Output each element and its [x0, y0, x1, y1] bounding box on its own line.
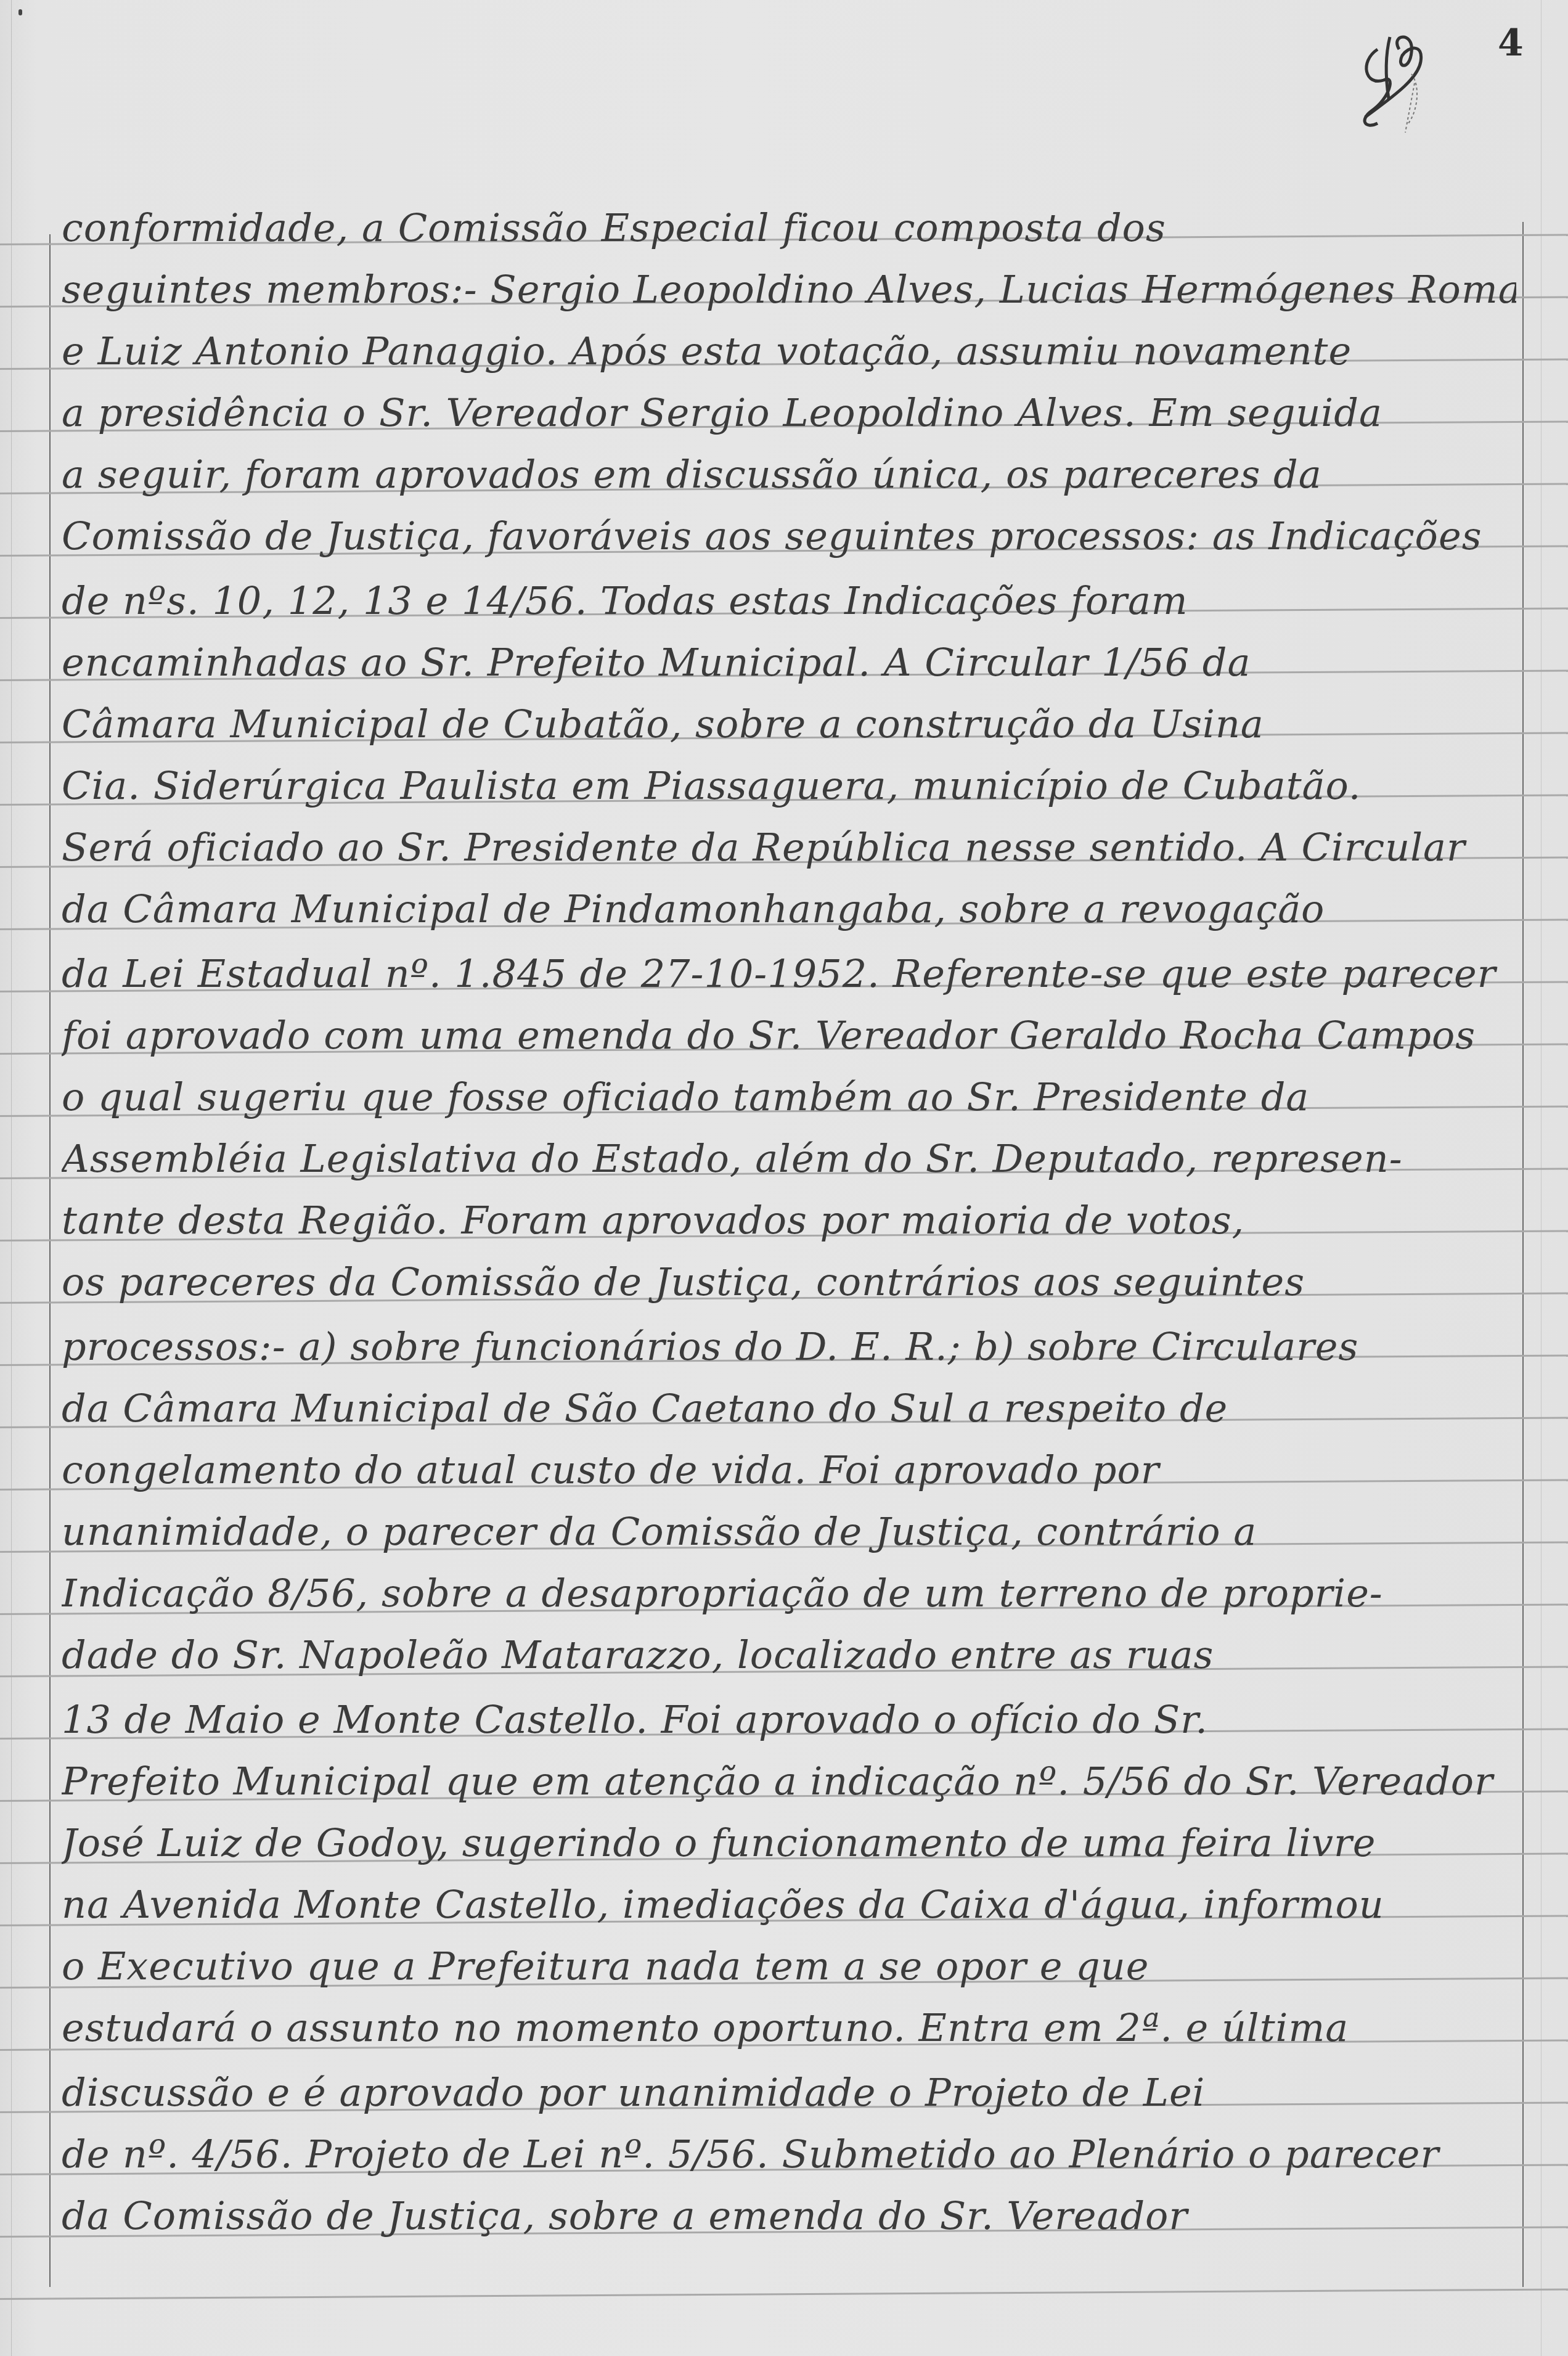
text-line: a presidência o Sr. Vereador Sergio Leop… [62, 388, 1516, 438]
text-line: Prefeito Municipal que em atenção a indi… [62, 1757, 1516, 1806]
left-margin-rule [49, 234, 51, 2287]
text-line: Câmara Municipal de Cubatão, sobre a con… [62, 700, 1516, 749]
text-line: seguintes membros:- Sergio Leopoldino Al… [62, 265, 1516, 314]
text-line: José Luiz de Godoy, sugerindo o funciona… [62, 1818, 1516, 1868]
text-line: dade do Sr. Napoleão Matarazzo, localiza… [62, 1630, 1516, 1680]
text-line: e Luiz Antonio Panaggio. Após esta votaç… [62, 327, 1516, 376]
text-line: discussão e é aprovado por unanimidade o… [62, 2068, 1516, 2117]
text-line: de nºs. 10, 12, 13 e 14/56. Todas estas … [62, 576, 1516, 626]
initials-signature-icon [1353, 25, 1433, 148]
text-line: 13 de Maio e Monte Castello. Foi aprovad… [62, 1695, 1516, 1745]
text-line: a seguir, foram aprovados em discussão ú… [62, 450, 1516, 499]
ruled-line [0, 2288, 1568, 2300]
text-line: foi aprovado com uma emenda do Sr. Verea… [62, 1011, 1516, 1060]
text-line: tante desta Região. Foram aprovados por … [62, 1196, 1516, 1245]
text-line: processos:- a) sobre funcionários do D. … [62, 1322, 1516, 1372]
text-line: estudará o assunto no momento oportuno. … [62, 2003, 1516, 2053]
text-line: Assembléia Legislativa do Estado, além d… [62, 1134, 1516, 1184]
ink-speck [18, 9, 22, 15]
text-line: unanimidade, o parecer da Comissão de Ju… [62, 1507, 1516, 1556]
text-line: na Avenida Monte Castello, imediações da… [62, 1880, 1516, 1929]
text-line: o qual sugeriu que fosse oficiado também… [62, 1073, 1516, 1122]
text-line: o Executivo que a Prefeitura nada tem a … [62, 1942, 1516, 1991]
text-line: Cia. Siderúrgica Paulista em Piassaguera… [62, 761, 1516, 811]
text-line: de nº. 4/56. Projeto de Lei nº. 5/56. Su… [62, 2130, 1516, 2179]
text-line: Será oficiado ao Sr. Presidente da Repúb… [62, 823, 1516, 872]
page-edge-right [1541, 0, 1541, 2356]
text-line: congelamento do atual custo de vida. Foi… [62, 1446, 1516, 1495]
text-line: da Lei Estadual nº. 1.845 de 27-10-1952.… [62, 949, 1516, 999]
ledger-page: 4 conformidade, a Comissão Especial fico… [0, 0, 1568, 2356]
text-line: da Câmara Municipal de São Caetano do Su… [62, 1384, 1516, 1433]
text-line: Indicação 8/56, sobre a desapropriação d… [62, 1569, 1516, 1618]
text-line: Comissão de Justiça, favoráveis aos segu… [62, 512, 1516, 561]
page-number: 4 [1498, 22, 1524, 65]
text-line: conformidade, a Comissão Especial ficou … [62, 203, 1516, 253]
text-line: da Comissão de Justiça, sobre a emenda d… [62, 2191, 1516, 2241]
text-line: encaminhadas ao Sr. Prefeito Municipal. … [62, 638, 1516, 687]
text-line: os pareceres da Comissão de Justiça, con… [62, 1258, 1516, 1307]
text-line: da Câmara Municipal de Pindamonhangaba, … [62, 885, 1516, 934]
